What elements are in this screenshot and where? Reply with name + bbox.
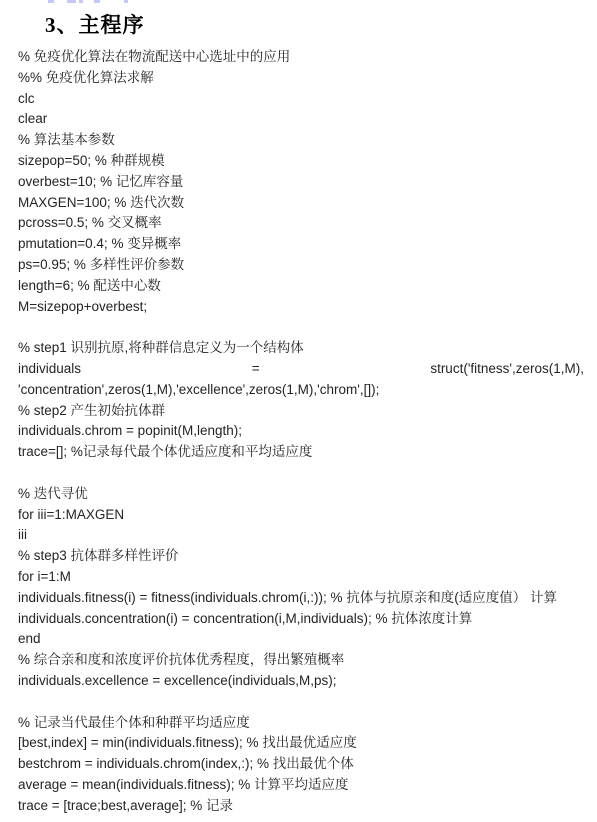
cut-off-text-fragment (48, 0, 54, 3)
code-segment: = (252, 359, 260, 380)
code-line: % step1 识别抗原,将种群信息定义为一个结构体 (18, 338, 584, 359)
code-line (18, 317, 584, 338)
code-line: % 记录当代最佳个体和种群平均适应度 (18, 713, 584, 734)
cut-off-text-fragment (124, 0, 128, 3)
code-line: individuals.fitness(i) = fitness(individ… (18, 588, 584, 609)
code-line: MAXGEN=100; % 迭代次数 (18, 193, 584, 214)
code-line: %% 免疫优化算法求解 (18, 68, 584, 89)
code-line: % 算法基本参数 (18, 130, 584, 151)
document-page: 3、主程序 % 免疫优化算法在物流配送中心选址中的应用%% 免疫优化算法求解cl… (0, 0, 597, 822)
code-line: individuals.excellence = excellence(indi… (18, 671, 584, 692)
code-line: bestchrom = individuals.chrom(index,:); … (18, 754, 584, 775)
code-line: % 免疫优化算法在物流配送中心选址中的应用 (18, 47, 584, 68)
code-line-justified: individuals=struct('fitness',zeros(1,M), (18, 359, 584, 380)
code-line: overbest=10; % 记忆库容量 (18, 172, 584, 193)
code-line (18, 692, 584, 713)
code-line: clear (18, 109, 584, 130)
code-line: end (18, 629, 584, 650)
code-line: iii (18, 525, 584, 546)
code-line: trace=[]; %记录每代最个体优适应度和平均适应度 (18, 442, 584, 463)
code-line: % step2 产生初始抗体群 (18, 401, 584, 422)
code-line: for iii=1:MAXGEN (18, 505, 584, 526)
code-line: individuals.concentration(i) = concentra… (18, 609, 584, 630)
code-line: length=6; % 配送中心数 (18, 276, 584, 297)
code-line: average = mean(individuals.fitness); % 计… (18, 775, 584, 796)
cut-off-text-fragments (0, 0, 597, 4)
code-line: 'concentration',zeros(1,M),'excellence',… (18, 380, 584, 401)
code-block: % 免疫优化算法在物流配送中心选址中的应用%% 免疫优化算法求解clcclear… (18, 47, 584, 816)
cut-off-text-fragment (67, 0, 76, 3)
cut-off-text-fragment (94, 0, 100, 3)
code-line: [best,index] = min(individuals.fitness);… (18, 733, 584, 754)
code-line: % 综合亲和度和浓度评价抗体优秀程度，得出繁殖概率 (18, 650, 584, 671)
code-line: % 迭代寻优 (18, 484, 584, 505)
code-segment: struct('fitness',zeros(1,M), (430, 359, 584, 380)
code-segment: individuals (18, 359, 81, 380)
code-line: clc (18, 89, 584, 110)
cut-off-text-fragment (79, 0, 83, 3)
section-heading: 3、主程序 (45, 9, 145, 39)
code-line: pcross=0.5; % 交叉概率 (18, 213, 584, 234)
code-line: M=sizepop+overbest; (18, 297, 584, 318)
code-line (18, 463, 584, 484)
code-line: ps=0.95; % 多样性评价参数 (18, 255, 584, 276)
code-line: pmutation=0.4; % 变异概率 (18, 234, 584, 255)
code-line: trace = [trace;best,average]; % 记录 (18, 796, 584, 817)
code-line: for i=1:M (18, 567, 584, 588)
code-line: sizepop=50; % 种群规模 (18, 151, 584, 172)
code-line: individuals.chrom = popinit(M,length); (18, 421, 584, 442)
code-line: % step3 抗体群多样性评价 (18, 546, 584, 567)
